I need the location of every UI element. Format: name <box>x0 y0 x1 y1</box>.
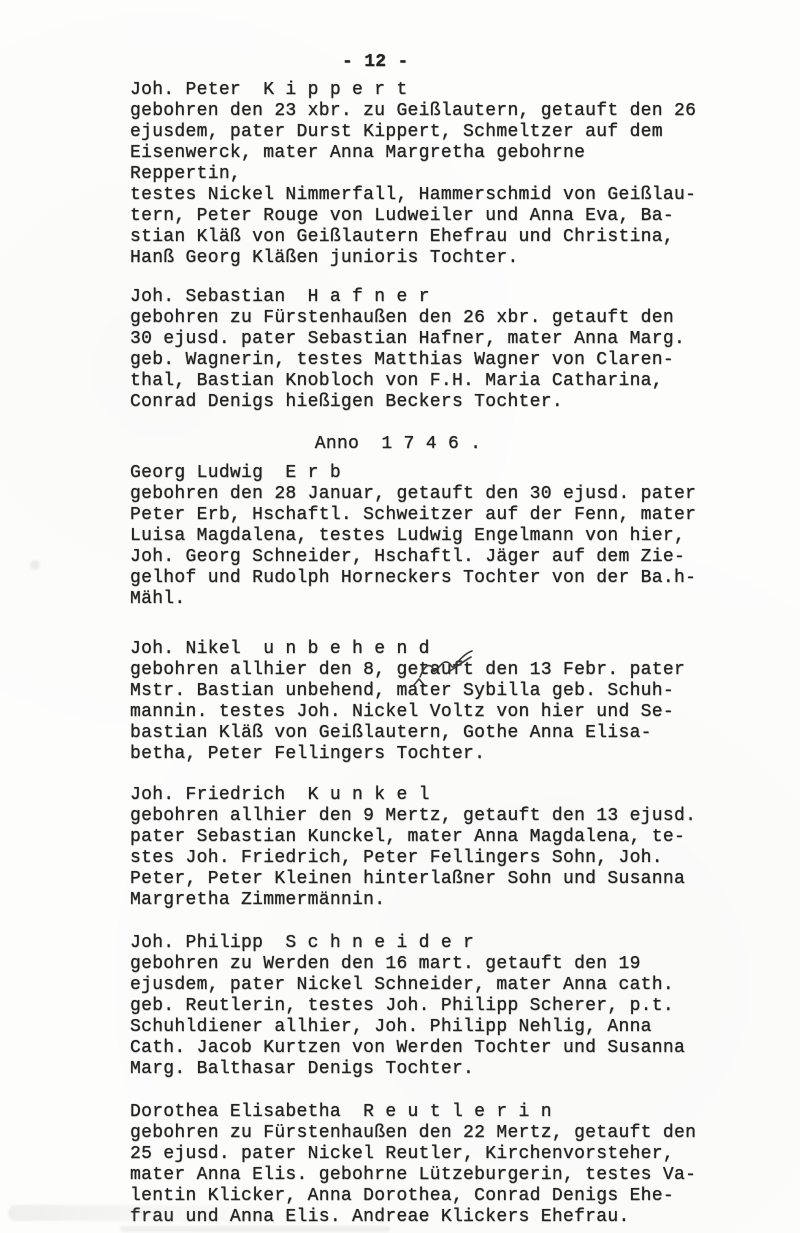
entry-body: gebohren allhier den 8, getauft den 13 F… <box>130 660 706 765</box>
entry-heading: Joh. Peter K i p p e r t <box>130 80 706 101</box>
baptism-entry-schneider: Joh. Philipp S c h n e i d e r gebohren … <box>130 933 706 1080</box>
baptism-entry-unbehend: Joh. Nikel u n b e h e n d gebohren allh… <box>130 639 706 765</box>
page-number: - 12 - <box>342 52 409 73</box>
baptism-entry-erb: Georg Ludwig E r b gebohren den 28 Janua… <box>130 463 706 610</box>
baptism-entry-reutlerin: Dorothea Elisabetha R e u t l e r i n ge… <box>130 1102 706 1228</box>
entry-body: gebohren zu Fürstenhaußen den 22 Mertz, … <box>130 1123 706 1228</box>
entry-heading: Georg Ludwig E r b <box>130 463 706 484</box>
entry-heading: Joh. Nikel u n b e h e n d <box>130 639 706 660</box>
entry-body: gebohren zu Fürstenhaußen den 26 xbr. ge… <box>130 308 706 413</box>
document-page: - 12 - Joh. Peter K i p p e r t gebohren… <box>0 0 800 1233</box>
entry-heading: Joh. Sebastian H a f n e r <box>130 287 706 308</box>
scan-speck <box>30 560 40 570</box>
baptism-entry-hafner: Joh. Sebastian H a f n e r gebohren zu F… <box>130 287 706 413</box>
entry-body: gebohren den 23 xbr. zu Geißlautern, get… <box>130 101 706 269</box>
entry-heading: Joh. Philipp S c h n e i d e r <box>130 933 706 954</box>
entry-heading: Joh. Friedrich K u n k e l <box>130 785 706 806</box>
baptism-entry-kippert: Joh. Peter K i p p e r t gebohren den 23… <box>130 80 706 269</box>
entry-heading: Dorothea Elisabetha R e u t l e r i n <box>130 1102 706 1123</box>
section-heading-anno-1746: Anno 1 7 4 6 . <box>130 434 666 455</box>
entry-body: gebohren zu Werden den 16 mart. getauft … <box>130 954 706 1080</box>
baptism-entry-kunkel: Joh. Friedrich K u n k e l gebohren allh… <box>130 785 706 911</box>
entry-body: gebohren allhier den 9 Mertz, getauft de… <box>130 806 706 911</box>
entry-body: gebohren den 28 Januar, getauft den 30 e… <box>130 484 706 610</box>
